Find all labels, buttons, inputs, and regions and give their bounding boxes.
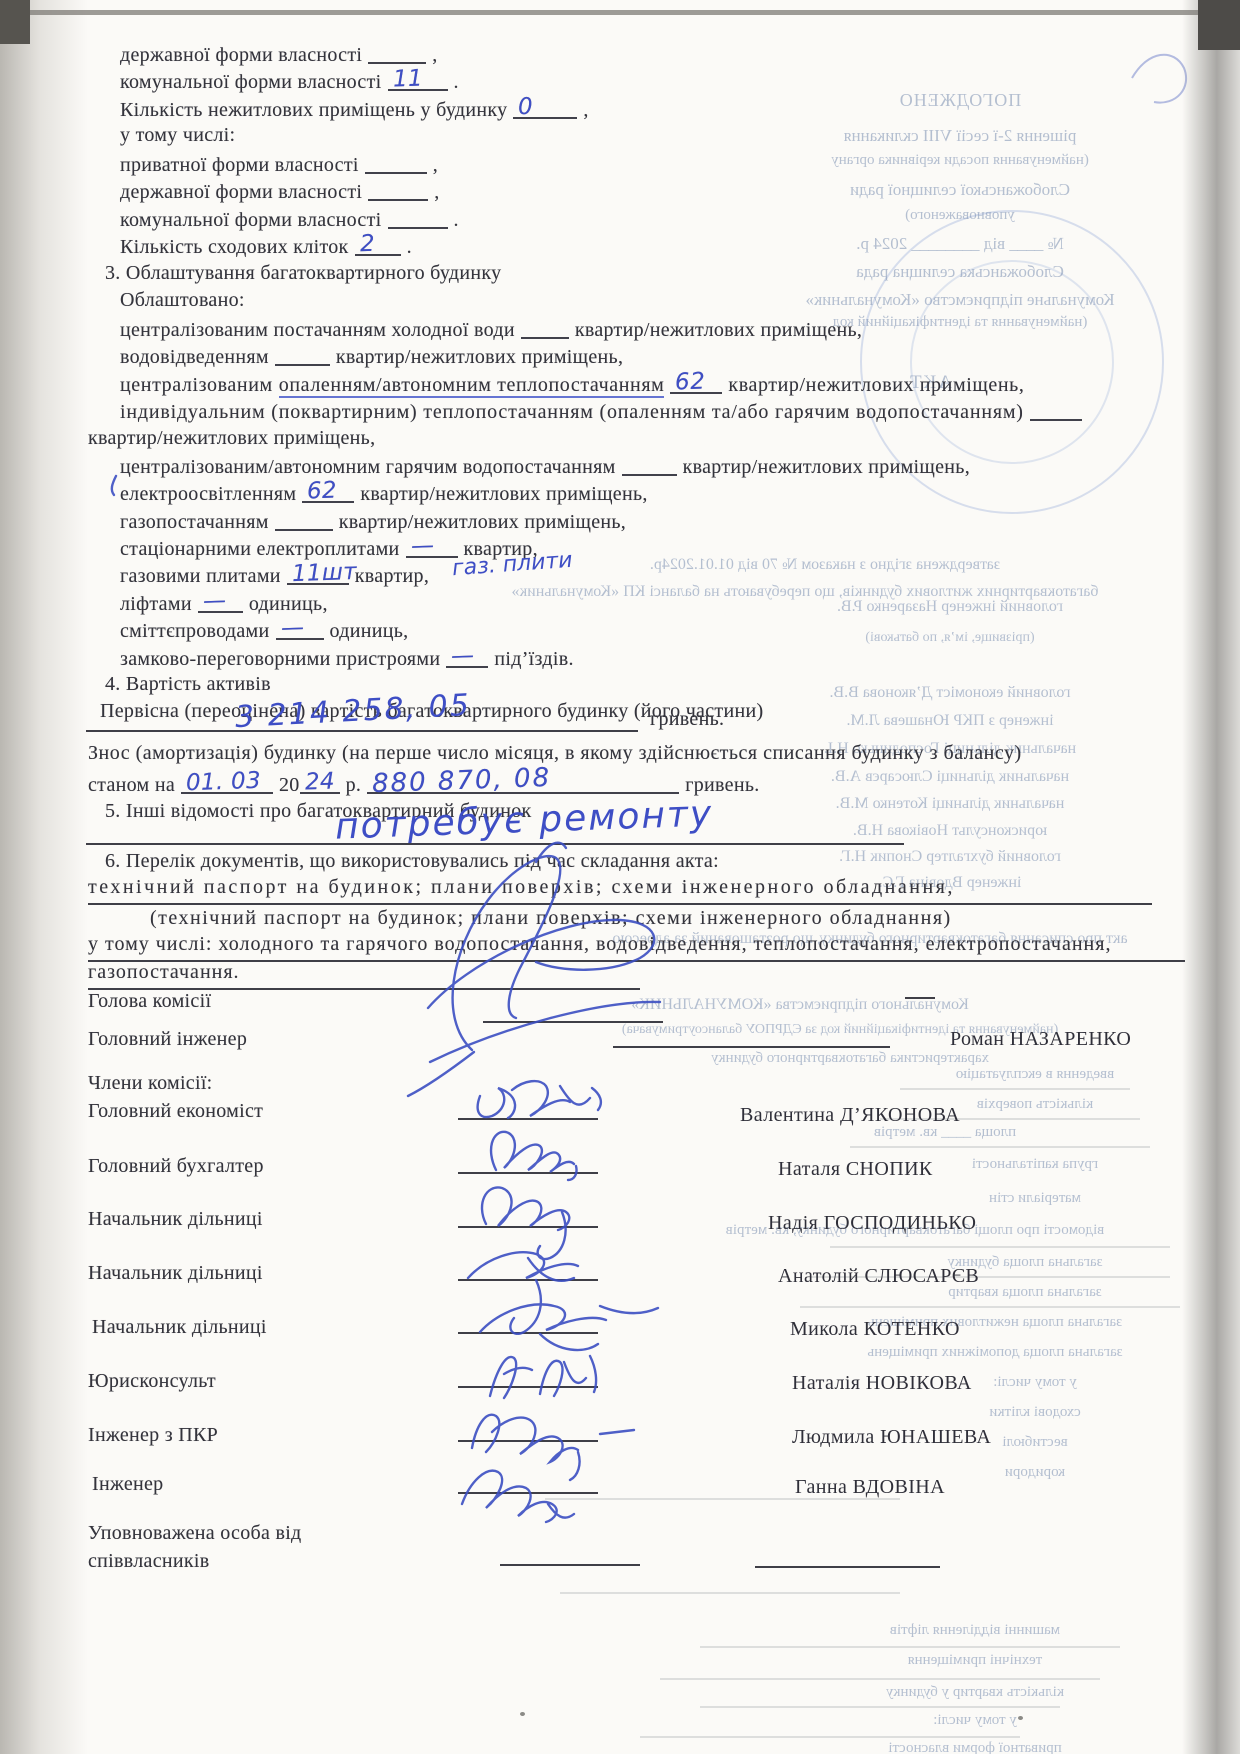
field-label: газопостачанням (120, 511, 269, 533)
form-line: державної форми власності, (120, 42, 438, 67)
role-label: Начальник дільниці (88, 1262, 263, 1285)
bleed-text: Слобожанської селищної ради (740, 180, 1180, 200)
blank-field: 880 870, 08 (367, 772, 679, 794)
bleed-rule (700, 1646, 1120, 1648)
field-unit: квартир/нежитлових приміщень, (360, 483, 647, 505)
handwritten-value: — (410, 535, 434, 559)
equip-line: централізованимопаленням/автономним тепл… (120, 372, 1024, 397)
bleed-rule (900, 1088, 1130, 1090)
punctuation: , (432, 44, 437, 66)
scan-speck (1018, 1716, 1023, 1720)
scan-speck (520, 1712, 525, 1716)
role-label: Інженер (92, 1473, 163, 1496)
signer-name: Людмила ЮНАШЕВА (792, 1426, 991, 1449)
signature-rule (458, 1172, 598, 1174)
signer-name: Наталя СНОПИК (778, 1158, 933, 1181)
signature-rule (458, 1118, 598, 1120)
punctuation: , (434, 181, 439, 203)
blank-field: — (198, 591, 243, 613)
signature-rule (458, 1279, 598, 1281)
equip-line: газовими плитами11штквартир, (120, 563, 429, 588)
scan-corner-top-right (1198, 0, 1240, 50)
blank-field: 62 (302, 481, 354, 503)
page-left-edge (0, 0, 88, 1754)
scanned-document-page: ПОГОДЖЕНО рішення 2-ї сесії VIII скликан… (0, 0, 1240, 1754)
signature-rule (500, 1564, 640, 1566)
equip-line: сміттєпроводами—одиниць, (120, 618, 408, 643)
signature-rule (458, 1386, 598, 1388)
scan-corner-top-left (0, 0, 30, 44)
field-label: комунальної форми власності (120, 209, 382, 231)
section4-heading: 4. Вартість активів (105, 673, 271, 696)
signature-rule (458, 1332, 598, 1334)
handwritten-value: — (202, 590, 226, 614)
section6-heading: 6. Перелік документів, що використовувал… (105, 850, 719, 873)
bleed-text: матеріали стін (880, 1190, 1190, 1207)
field-label: централізованим/автономним гарячим водоп… (120, 456, 616, 478)
bleed-text: уповноваженого) (740, 207, 1180, 224)
handwritten-value: 2 (359, 233, 375, 257)
handwritten-value: 62 (307, 479, 338, 503)
equip-line: водовідведеннямквартир/нежитлових приміщ… (120, 344, 623, 369)
field-unit: квартир/нежитлових приміщень, (683, 456, 970, 478)
field-label: комунальної форми власності (120, 71, 382, 93)
bleed-text: приватної форми власності (760, 1740, 1190, 1754)
field-label: централізованим постачанням холодної вод… (120, 319, 515, 341)
bleed-text: технічні приміщення (760, 1652, 1190, 1669)
dash-mark (905, 997, 935, 999)
field-label: індивідуальним (поквартирним) теплопоста… (120, 401, 1024, 423)
blank-field (368, 179, 428, 201)
handwritten-year: 24 (304, 770, 335, 794)
role-label: Головний бухгалтер (88, 1155, 264, 1178)
section3-intro: Облаштовано: (120, 289, 245, 312)
bleed-text: начальник дільниці Котенко М.В. (720, 795, 1180, 813)
field-label: замково-переговорними пристроями (120, 648, 440, 670)
bleed-rule (830, 1246, 1170, 1248)
role-label: Головний інженер (88, 1028, 247, 1051)
form-line: державної форми власності, (120, 179, 440, 204)
signature-hospodynko (482, 1187, 569, 1259)
field-label: електроосвітленням (120, 483, 296, 505)
punctuation: , (583, 99, 588, 121)
bleed-text: головний інженер Назаренко Р.В. (720, 598, 1180, 616)
blank-field (622, 454, 677, 476)
bleed-text: Комунального підприємства «КОМУНАЛЬНИК» (490, 996, 1110, 1014)
blank-field (521, 317, 569, 339)
field-unit: квартир/нежитлових приміщень, (575, 319, 862, 341)
field-label: станом на (88, 774, 175, 796)
form-line: Кількість нежитлових приміщень у будинку… (120, 97, 589, 122)
bleed-rule (850, 1146, 1150, 1148)
blank-field: 2 (355, 234, 401, 256)
bleed-rule (660, 1678, 1100, 1680)
bleed-rule (640, 1736, 1020, 1738)
field-label: газовими плитами (120, 565, 281, 587)
signature-slyusariev (468, 1252, 578, 1334)
bleed-text: головний бухгалтер Снопик Н.Г. (720, 848, 1180, 866)
bleed-text: юрисконсульт Новікова Н.В. (720, 822, 1180, 840)
punctuation: . (454, 209, 459, 231)
blank-field (368, 42, 426, 64)
bleed-text: сходові клітки (880, 1404, 1190, 1421)
signature-dyakonova (478, 1081, 601, 1118)
blank-field (275, 509, 333, 531)
equip-line: газопостачаннямквартир/нежитлових приміщ… (120, 509, 626, 534)
blank-field (388, 207, 448, 229)
blank-field: — (406, 536, 458, 558)
blank-rule (86, 843, 904, 845)
blank-field: 01. 03 (181, 772, 273, 794)
handwritten-value: 11 (392, 67, 423, 91)
form-line: приватної форми власності, (120, 152, 438, 177)
field-label: державної форми власності (120, 44, 362, 66)
bleed-text: у тому числі: (760, 1712, 1190, 1729)
punctuation: . (407, 236, 412, 258)
page-right-edge (1182, 0, 1240, 1754)
blank-field: 11 (388, 69, 448, 91)
equip-line: ліфтами—одиниць, (120, 591, 328, 616)
blank-rule (86, 730, 638, 732)
blank-field (1030, 399, 1082, 421)
signature-rule (458, 1226, 598, 1228)
equip-line: індивідуальним (поквартирним) теплопоста… (120, 399, 1088, 424)
field-label: державної форми власності (120, 181, 362, 203)
role-label: Начальник дільниці (92, 1316, 267, 1339)
documents-line: у тому числі: холодного та гарячого водо… (88, 933, 1185, 962)
signature-rule (458, 1440, 598, 1442)
bleed-text: затверджена згідно з наказом № 70 від 01… (470, 556, 1180, 574)
field-unit: квартир, (355, 565, 429, 587)
role-label: Юрисконсульт (88, 1370, 216, 1393)
signer-name: Надія ГОСПОДИНЬКО (768, 1212, 976, 1235)
field-label: стаціонарними електроплитами (120, 538, 400, 560)
blank-field: 24 (300, 772, 340, 794)
bleed-text: ПОГОДЖЕНО (740, 90, 1180, 111)
signature-rule (613, 1046, 890, 1048)
form-line: Кількість сходових кліток2. (120, 234, 412, 259)
bleed-text: начальник дільниці Слюсарєв А.В. (720, 768, 1180, 786)
field-label: у тому числі: (120, 124, 235, 146)
bleed-text: головний економіст Д’яконова В.В. (720, 684, 1180, 702)
authorized-label: Уповноважена особа від (88, 1522, 302, 1545)
field-unit: квартир/нежитлових приміщень, (339, 511, 626, 533)
bleed-text: (прізвище, ім’я, по батькові) (720, 630, 1180, 646)
signer-name: Валентина Д’ЯКОНОВА (740, 1104, 960, 1127)
currency-label: гривень. (650, 708, 724, 731)
members-label: Члени комісії: (88, 1072, 213, 1095)
handwritten-depreciation-value: 880 870, 08 (372, 765, 552, 797)
section3-heading: 3. Облаштування багатоквартирного будинк… (105, 262, 501, 285)
bleed-rule (560, 1592, 900, 1594)
role-label: Головний економіст (88, 1100, 263, 1123)
bleed-text: кількість квартир у будинку (760, 1684, 1190, 1701)
handwritten-value: — (451, 645, 475, 669)
section4-depreciation-label: Знос (амортизація) будинку (на перше чис… (88, 742, 1022, 765)
documents-line: технічний паспорт на будинок; плани пове… (88, 876, 1152, 905)
bleed-rule (700, 1706, 1060, 1708)
handwritten-value: 0 (518, 96, 534, 120)
blank-field: 62 (670, 372, 722, 394)
field-label: централізованим (120, 374, 273, 396)
bleed-text: введення в експлуатацію (880, 1066, 1190, 1083)
form-line: комунальної форми власності11. (120, 69, 459, 94)
blank-field: 11шт (287, 563, 349, 585)
bleed-text: (найменування посади керівника органу (740, 152, 1180, 169)
form-line: у тому числі: (120, 124, 235, 147)
equip-line: централізованим/автономним гарячим водоп… (120, 454, 970, 479)
field-label: ліфтами (120, 593, 192, 615)
field-label: Кількість сходових кліток (120, 236, 349, 258)
field-unit: квартир/нежитлових приміщень, (728, 374, 1024, 396)
blank-field (365, 152, 427, 174)
pen-underlined-text: опаленням/автономним теплопостачанням (279, 374, 665, 398)
blank-field: 0 (513, 97, 577, 119)
punctuation: , (433, 154, 438, 176)
field-label: водовідведенням (120, 346, 269, 368)
form-line: комунальної форми власності. (120, 207, 459, 232)
signature-kotenko (480, 1304, 658, 1350)
signer-name: Микола КОТЕНКО (790, 1318, 960, 1341)
field-unit: одиниць, (249, 593, 328, 615)
blank-field: — (276, 618, 324, 640)
equip-line: централізованим постачанням холодної вод… (120, 317, 862, 342)
field-label: 20 (279, 774, 300, 796)
equip-line: електроосвітленням62квартир/нежитлових п… (120, 481, 648, 506)
equip-line: замково-переговорними пристроями—під’їзд… (120, 646, 574, 671)
currency-label: гривень. (685, 774, 759, 796)
field-label: приватної форми власності (120, 154, 359, 176)
signature-novikova (490, 1356, 596, 1398)
field-label: сміттєпроводами (120, 620, 270, 642)
chair-signature (408, 1052, 474, 1096)
handwritten-value: — (280, 617, 304, 641)
signer-name: Анатолій СЛЮСАРЄВ (778, 1265, 979, 1288)
continuation-line: квартир/нежитлових приміщень, (88, 427, 375, 450)
bleed-rule (800, 1306, 1180, 1308)
role-label: Начальник дільниці (88, 1208, 263, 1231)
bleed-text: характеристика багатоквартирного будинку (600, 1050, 1100, 1067)
field-label: Кількість нежитлових приміщень у будинку (120, 99, 507, 121)
bleed-text: № ____ від ________ 2024 р. (740, 234, 1180, 254)
bleed-text: рішення 2-ї сесії VIII скликання (740, 126, 1180, 146)
signer-name: Роман НАЗАРЕНКО (950, 1028, 1131, 1051)
signature-rule (755, 1566, 940, 1568)
handwritten-value: 62 (675, 370, 706, 394)
chair-label: Голова комісії (88, 990, 211, 1013)
form-line: станом на01. 032024р.880 870, 08гривень. (88, 772, 760, 797)
documents-line-paren: (технічний паспорт на будинок; плани пов… (150, 907, 952, 930)
bleed-text: Слобожанська селищна рада (740, 262, 1180, 282)
role-label: Інженер з ПКР (88, 1424, 218, 1447)
signature-rule (483, 1021, 663, 1023)
signature-rule (458, 1492, 598, 1494)
field-unit: одиниць, (330, 620, 409, 642)
signature-yunasheva (472, 1415, 634, 1480)
bleed-text: загальна площа допоміжних приміщень (800, 1344, 1190, 1361)
field-unit: квартир/нежитлових приміщень, (336, 346, 623, 368)
blank-field (275, 344, 330, 366)
signature-vdovina (462, 1471, 574, 1522)
bleed-text: інженер з ПКР Юнашева Л.М. (720, 712, 1180, 730)
field-label: р. (346, 774, 362, 796)
authorized-label: співвласників (88, 1550, 210, 1573)
signer-name: Ганна ВДОВІНА (795, 1476, 945, 1499)
scan-top-line (0, 10, 1240, 15)
handwritten-date: 01. 03 (186, 770, 262, 796)
bleed-text: Комунальне підприємство «Комунальник» (740, 290, 1180, 310)
blank-field: — (446, 646, 488, 668)
pen-tick (112, 476, 116, 495)
documents-line: газопостачання. (88, 961, 640, 990)
signer-name: Наталія НОВІКОВА (792, 1372, 972, 1395)
bleed-text: машинні відділення ліфтів (760, 1622, 1190, 1639)
punctuation: . (454, 71, 459, 93)
field-unit: під’їздів. (494, 648, 573, 670)
handwritten-value: 11шт (291, 561, 357, 586)
